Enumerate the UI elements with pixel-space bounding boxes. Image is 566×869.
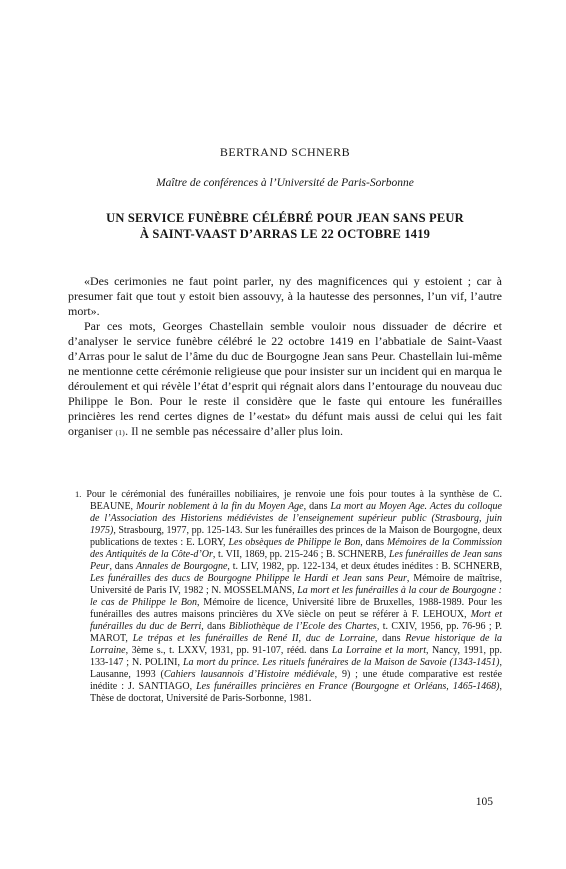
article-title-line-2: À SAINT-VAAST D’ARRAS LE 22 OCTOBRE 1419: [68, 227, 502, 243]
body-paragraph: Par ces mots, Georges Chastellain semble…: [68, 319, 502, 440]
article-title: UN SERVICE FUNÈBRE CÉLÉBRÉ POUR JEAN SAN…: [68, 211, 502, 242]
page-number: 105: [476, 796, 493, 809]
author-name: BERTRAND SCHNERB: [68, 146, 502, 159]
article-title-line-1: UN SERVICE FUNÈBRE CÉLÉBRÉ POUR JEAN SAN…: [68, 211, 502, 227]
document-page: BERTRAND SCHNERB Maître de conférences à…: [0, 0, 566, 869]
footnote-1-text: Pour le cérémonial des funérailles nobil…: [86, 489, 502, 704]
footnote-1: 1.Pour le cérémonial des funérailles nob…: [90, 488, 502, 705]
article-body: «Des cerimonies ne faut point parler, ny…: [68, 274, 502, 440]
author-affiliation: Maître de conférences à l’Université de …: [68, 177, 502, 190]
opening-quote-paragraph: «Des cerimonies ne faut point parler, ny…: [68, 274, 502, 319]
footnote-section: 1.Pour le cérémonial des funérailles nob…: [68, 488, 502, 705]
footnote-1-number: 1.: [75, 489, 81, 499]
page-content: BERTRAND SCHNERB Maître de conférences à…: [68, 0, 502, 705]
